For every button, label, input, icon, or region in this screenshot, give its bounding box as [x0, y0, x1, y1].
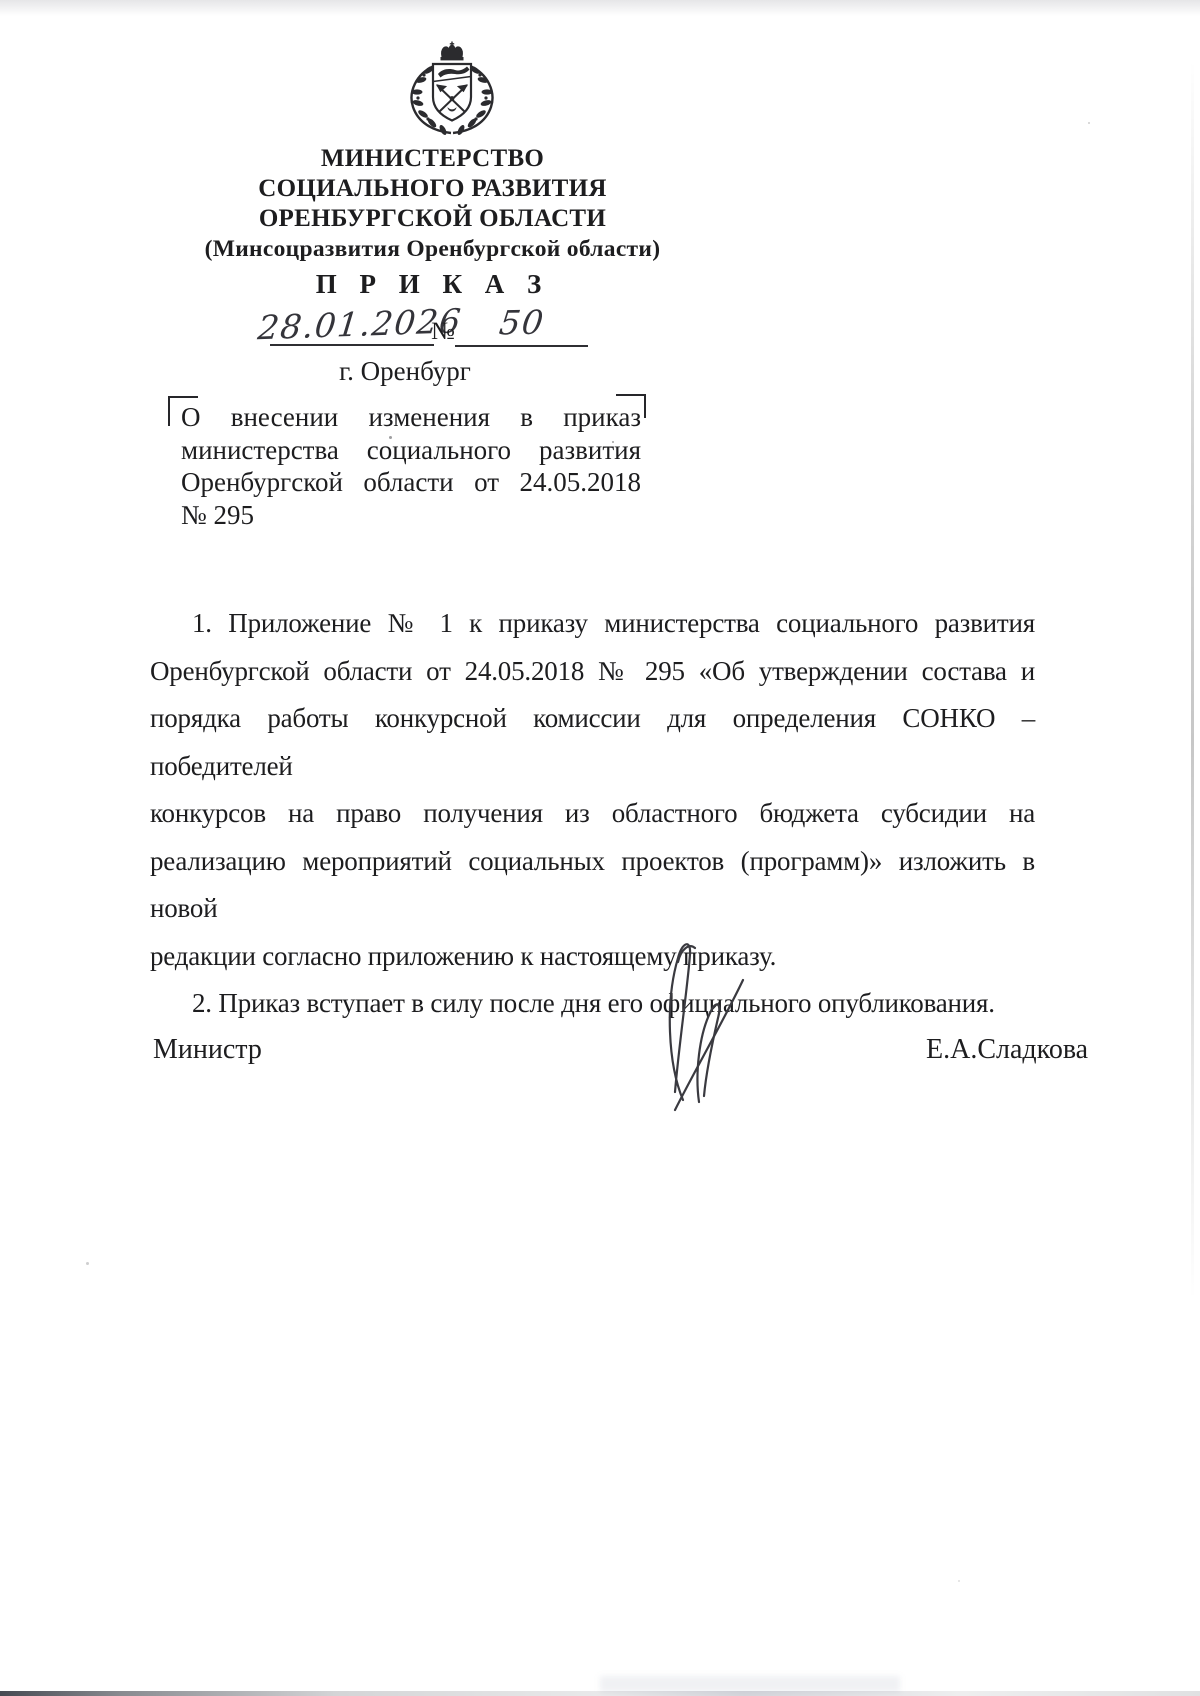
- body-line: редакции согласно приложению к настоящем…: [150, 933, 1035, 981]
- city-line: г. Оренбург: [295, 356, 515, 387]
- body-line: порядка работы конкурсной комиссии для о…: [150, 695, 1035, 790]
- scan-speck: [958, 1580, 960, 1582]
- signer-name: Е.А.Сладкова: [926, 1034, 1116, 1066]
- order-body: 1. Приложение № 1 к приказу министерства…: [150, 600, 1035, 1028]
- scan-speck: [1088, 122, 1090, 124]
- order-subject: О внесении изменения в приказ министерст…: [181, 401, 641, 531]
- scan-artifact-bottom-smudge: [600, 1676, 900, 1692]
- ministry-name-line: МИНИСТЕРСТВО: [150, 144, 715, 174]
- ministry-name-line: ОРЕНБУРГСКОЙ ОБЛАСТИ: [150, 204, 715, 234]
- scan-artifact-top-edge: [0, 0, 1200, 16]
- ministry-name-line: СОЦИАЛЬНОГО РАЗВИТИЯ: [150, 174, 715, 204]
- body-line: реализацию мероприятий социальных проект…: [150, 838, 1035, 933]
- signer-position: Министр: [153, 1034, 262, 1066]
- scanned-order-document: МИНИСТЕРСТВО СОЦИАЛЬНОГО РАЗВИТИЯ ОРЕНБУ…: [0, 0, 1200, 1696]
- handwritten-number: 50: [460, 302, 585, 343]
- ministry-short-name-line: (Минсоцразвития Оренбургской области): [150, 234, 715, 264]
- body-line: 1. Приложение № 1 к приказу министерства…: [150, 600, 1035, 648]
- minister-signature-icon: [598, 922, 798, 1118]
- body-line: конкурсов на право получения из областно…: [150, 790, 1035, 838]
- body-line: Оренбургской области от 24.05.2018 № 295…: [150, 648, 1035, 696]
- subject-line: О внесении изменения в приказ: [181, 401, 641, 434]
- date-underline: [270, 344, 434, 346]
- scan-speck: [86, 1262, 89, 1265]
- document-type-title: П Р И К А З: [150, 269, 715, 300]
- number-sign: №: [431, 318, 455, 346]
- ministry-name-block: МИНИСТЕРСТВО СОЦИАЛЬНОГО РАЗВИТИЯ ОРЕНБУ…: [150, 144, 715, 264]
- body-paragraph-2: 2. Приказ вступает в силу после дня его …: [150, 980, 1035, 1028]
- scan-artifact-bottom-edge: [0, 1691, 1200, 1696]
- handwritten-date: 28.01.2026: [256, 302, 446, 348]
- subject-line: Оренбургской области от 24.05.2018: [181, 466, 641, 499]
- subject-line: № 295: [181, 499, 641, 532]
- subject-line: министерства социального развития: [181, 434, 641, 467]
- scan-artifact-right-edge: [1191, 60, 1194, 1300]
- orenburg-coat-of-arms-icon: [388, 40, 516, 138]
- number-underline: [455, 345, 588, 347]
